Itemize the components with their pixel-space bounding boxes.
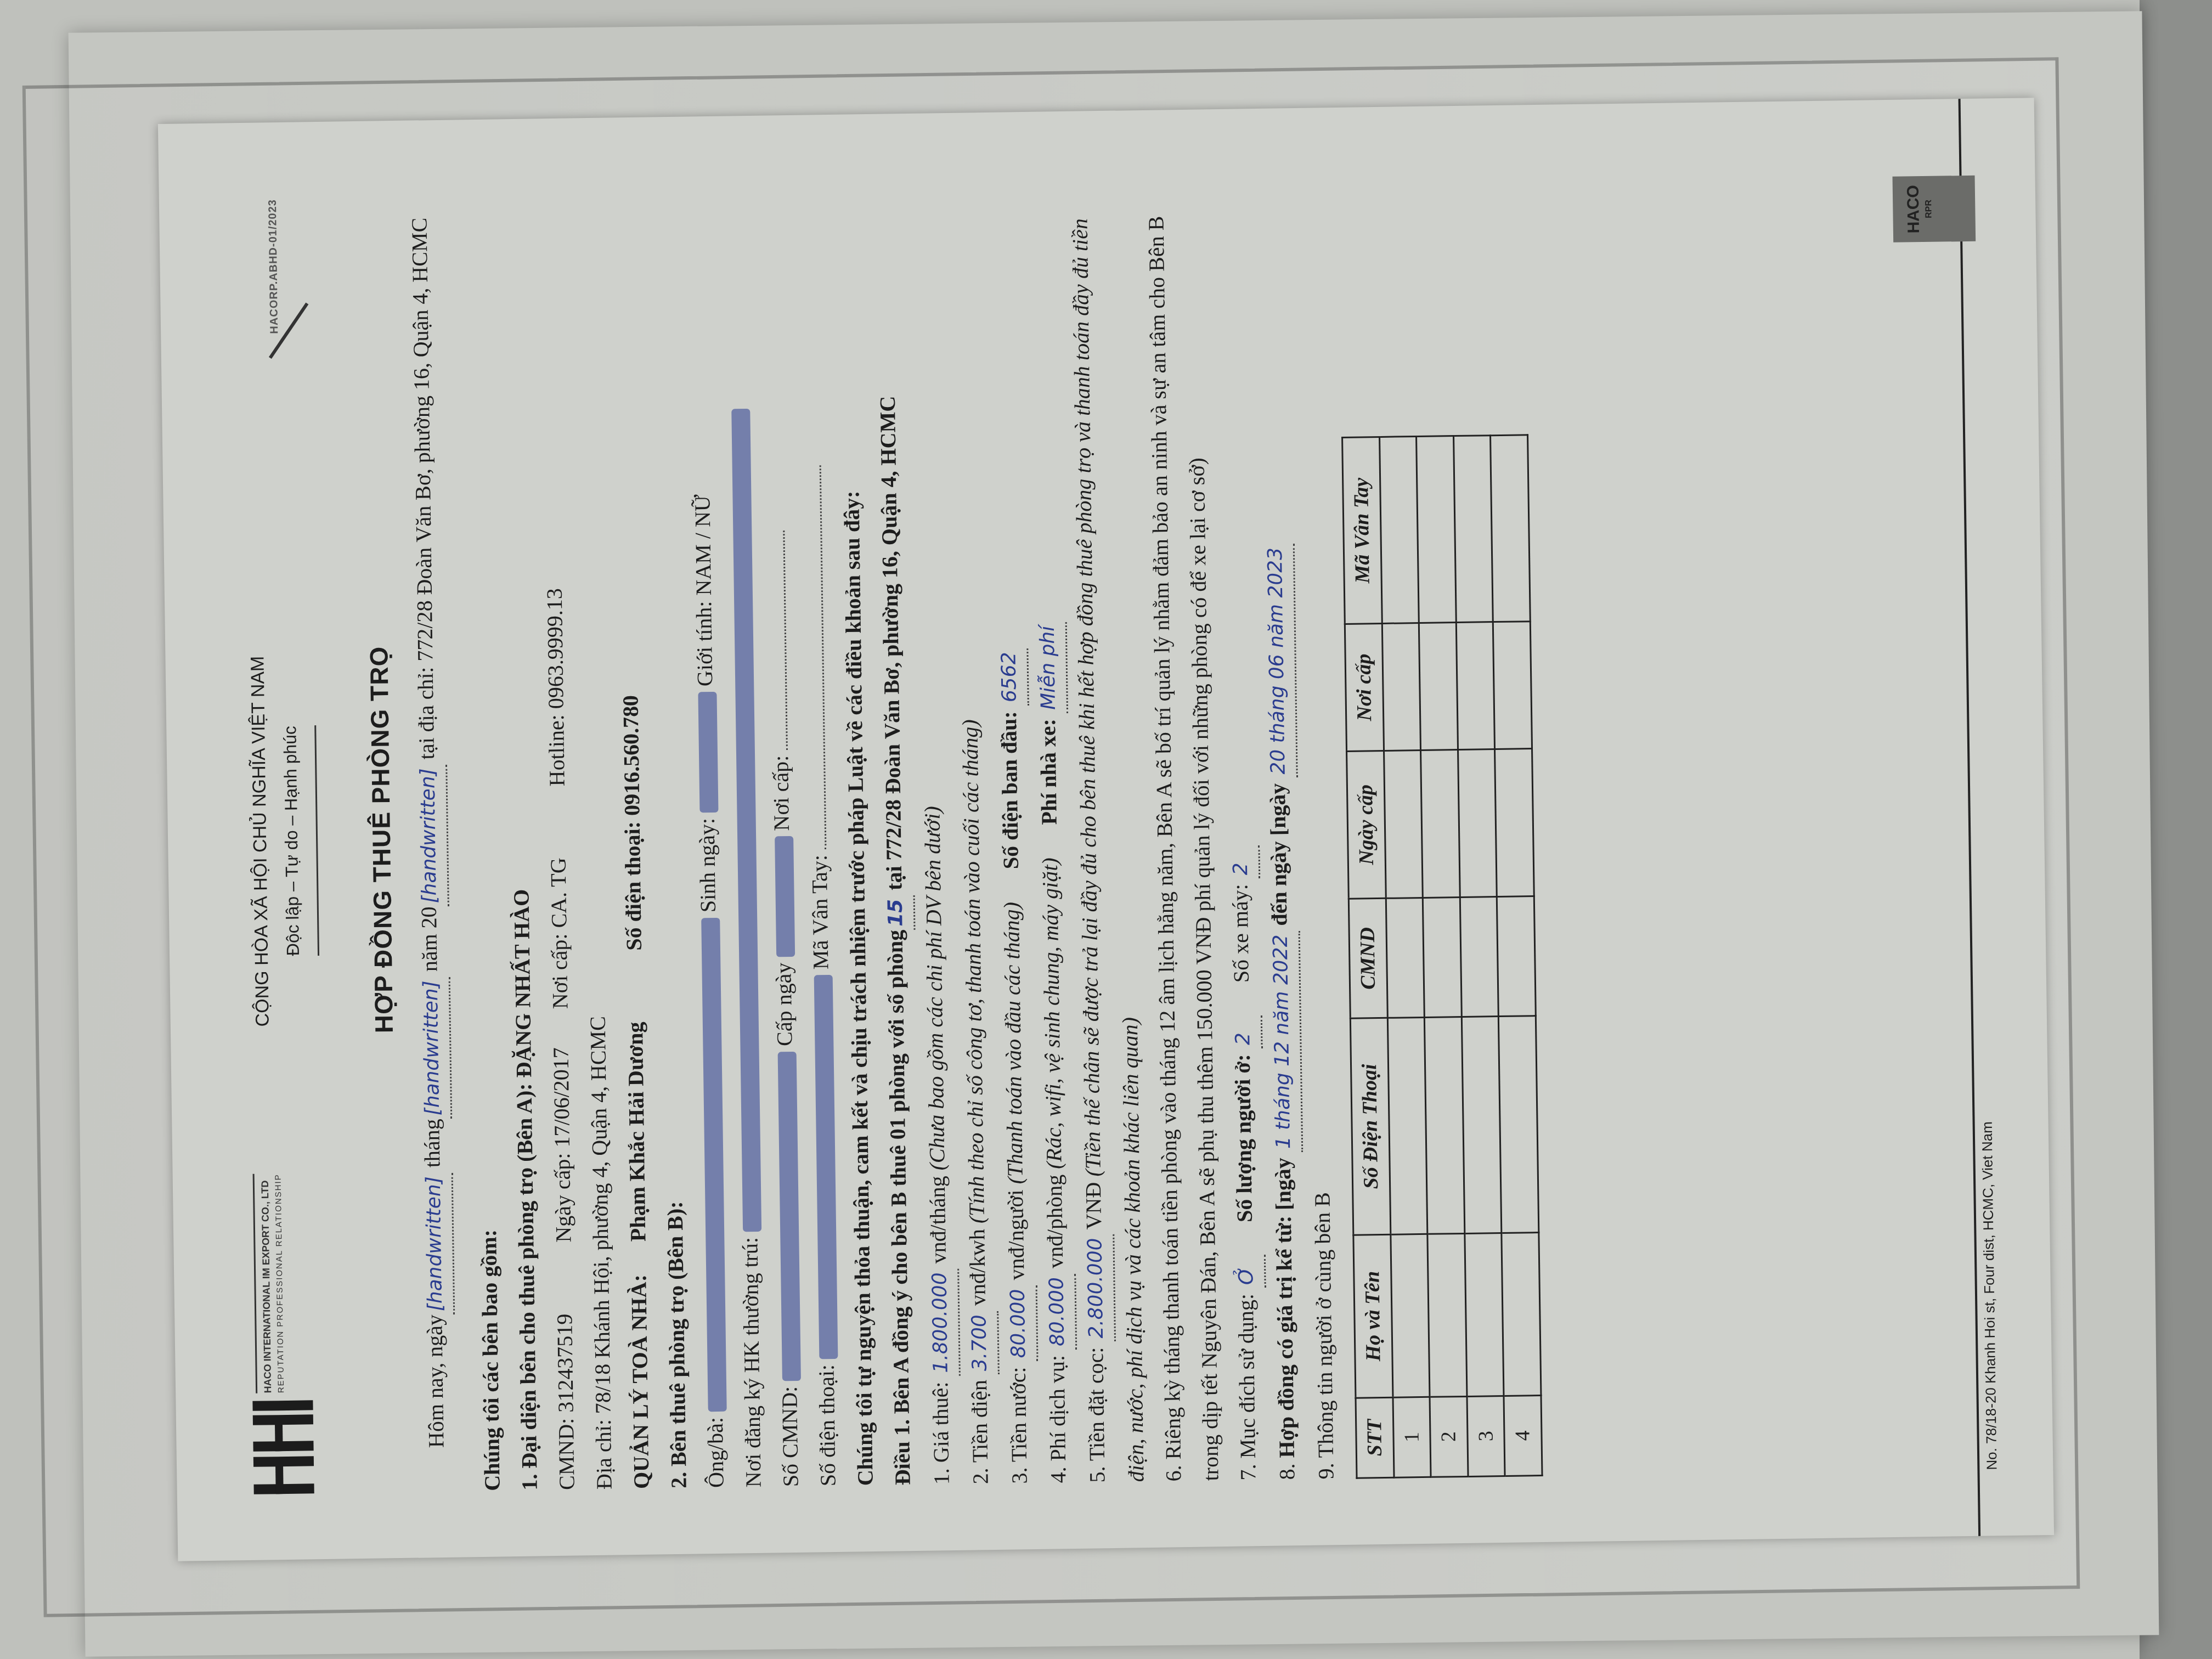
clause-field: Miễn phí xyxy=(1028,622,1068,713)
clause-number: 5. xyxy=(1085,1461,1110,1483)
table-cell xyxy=(1495,749,1534,897)
handwritten-value: Miễn phí xyxy=(1036,623,1060,714)
table-cell xyxy=(1390,1234,1430,1397)
table-cell xyxy=(1386,898,1425,1018)
table-cell xyxy=(1493,622,1532,749)
redacted-field xyxy=(731,409,761,1232)
handwritten-value: 2 xyxy=(1229,859,1252,878)
table-cell xyxy=(1458,749,1497,898)
clause-number: 1. xyxy=(929,1463,954,1485)
table-header: Nơi cấp xyxy=(1345,624,1384,752)
clause-extra-label: Số điện ban đầu: xyxy=(996,706,1023,870)
table-cell: 3 xyxy=(1467,1396,1505,1476)
table-cell xyxy=(1502,1233,1541,1396)
handwritten-end-date: 20 tháng 06 năm 2023 xyxy=(1264,544,1290,778)
clause-label: Tiền đặt cọc: xyxy=(1083,1341,1109,1461)
redacted-field xyxy=(777,1052,800,1381)
table-cell xyxy=(1417,436,1456,623)
table-header: Họ và Tên xyxy=(1353,1234,1393,1398)
table-cell: 2 xyxy=(1430,1396,1468,1477)
clause-unit: vnđ/phòng xyxy=(1042,1169,1068,1274)
clause-label: Phí dịch vụ: xyxy=(1044,1350,1070,1462)
clause-note: (Rác, wifi, vệ sinh chung, máy giặt) xyxy=(1037,857,1066,1169)
clause-label: Hợp đồng có giá trị kể từ: [ngày xyxy=(1270,1152,1299,1458)
handwritten-value: 80.000 xyxy=(1007,1285,1030,1362)
table-cell xyxy=(1453,436,1493,623)
clause-field: 20 tháng 06 năm 2023 xyxy=(1256,544,1298,778)
contract-page: HACORP.ABHD-01/2023 HACO INTERNATIONAL I… xyxy=(158,98,2054,1561)
clause-label: Tiền điện xyxy=(967,1374,992,1463)
clause-label: Mục đích sử dụng: xyxy=(1233,1288,1260,1459)
table-cell: 4 xyxy=(1504,1395,1542,1476)
clause-field: 80.000 xyxy=(1037,1274,1077,1350)
clauses-list: 1. Giá thuê: 1.800.000 vnđ/tháng (Chưa b… xyxy=(905,173,1345,1485)
clause-unit: vnđ/tháng xyxy=(925,1170,951,1269)
table-header: Số Điện Thoại xyxy=(1350,1018,1390,1235)
clause-number: 6. xyxy=(1161,1459,1186,1482)
table-cell xyxy=(1379,437,1419,624)
table-header: CMND xyxy=(1348,898,1387,1018)
table-cell xyxy=(1384,751,1423,899)
table-cell xyxy=(1465,1233,1504,1397)
clause-number: 2. xyxy=(968,1463,993,1485)
clause-text: Riêng kỳ tháng thanh toán tiền phòng vào… xyxy=(1143,216,1223,1481)
spacer xyxy=(1252,1222,1252,1255)
clause-label: đến ngày [ngày xyxy=(1265,777,1292,932)
table-cell xyxy=(1387,1018,1427,1235)
company-stamp: HACO RPR xyxy=(1893,176,1976,242)
clause-field: 6562 xyxy=(989,648,1029,706)
handwritten-value: Ở xyxy=(1235,1263,1258,1288)
clause-number: 4. xyxy=(1046,1461,1071,1483)
table-cell xyxy=(1427,1233,1467,1397)
occupants-table: STTHọ và TênSố Điện ThoạiCMNDNgày cấpNơi… xyxy=(1341,434,1543,1479)
clause-unit: vnđ/kwh xyxy=(964,1223,990,1312)
handwritten-value: 3.700 xyxy=(968,1311,991,1375)
clause-field: Ở xyxy=(1227,1255,1266,1288)
clause-extra-label: Phí nhà xe: xyxy=(1035,713,1062,825)
footer-address: No. 78/18-20 Khanh Hoi st, Four dist, HC… xyxy=(1974,1121,2004,1470)
redacted-field xyxy=(814,975,838,1359)
clause-extra-label: Số lượng người ở: xyxy=(1230,1048,1257,1222)
redacted-field xyxy=(701,918,727,1412)
handwritten-day: [handwritten] xyxy=(422,1173,447,1315)
room-number: 15 xyxy=(884,896,907,930)
table-cell xyxy=(1456,622,1495,750)
table-cell xyxy=(1499,1016,1539,1233)
redacted-field xyxy=(775,836,795,957)
table-cell xyxy=(1419,623,1458,751)
spacer xyxy=(1249,983,1249,1015)
handwritten-value: 6562 xyxy=(997,648,1020,706)
table-cell xyxy=(1462,1017,1502,1234)
clause-number: 8. xyxy=(1274,1458,1300,1480)
clause-label: Tiền nước: xyxy=(1006,1361,1032,1462)
spacer xyxy=(1018,869,1019,902)
clause-number: 9. xyxy=(1313,1458,1339,1480)
table-header: Ngày cấp xyxy=(1347,751,1386,899)
clause-field: 1.800.000 xyxy=(920,1269,961,1376)
clause-field: 2 xyxy=(1223,1015,1263,1049)
table-cell xyxy=(1382,623,1421,751)
clause-note: (Tính theo chỉ số công tơ, thanh toán và… xyxy=(957,719,989,1224)
spacer xyxy=(1057,825,1057,857)
handwritten-value: 2.800.000 xyxy=(1084,1234,1108,1342)
clause-note: (Thanh toán vào đầu các tháng) xyxy=(999,902,1028,1184)
redacted-field xyxy=(698,692,718,812)
table-cell xyxy=(1497,896,1536,1017)
handwritten-value: 2 xyxy=(1232,1029,1254,1048)
table-cell xyxy=(1460,897,1499,1017)
clause-field: 2.800.000 xyxy=(1075,1234,1116,1342)
clause-note: (Chưa bao gồm các chi phí DV bên dưới) xyxy=(919,806,949,1171)
clause-number: 3. xyxy=(1007,1462,1032,1484)
table-cell xyxy=(1425,1017,1465,1234)
clause-field: 3.700 xyxy=(960,1311,1000,1375)
clause-field: 80.000 xyxy=(998,1285,1039,1362)
clause-unit: VNĐ xyxy=(1081,1176,1106,1235)
handwritten-value: 1.800.000 xyxy=(928,1269,952,1376)
handwritten-value: 80.000 xyxy=(1045,1274,1069,1350)
clause-field: 1 tháng 12 năm 2022 xyxy=(1261,931,1304,1153)
clause-label: Thông tin người ở cùng bên B xyxy=(1310,1192,1338,1458)
clause-number: 7. xyxy=(1235,1458,1261,1481)
table-cell xyxy=(1423,897,1462,1017)
table-cell: 1 xyxy=(1393,1397,1431,1477)
divider xyxy=(314,725,319,956)
table-cell xyxy=(1421,750,1460,898)
table-header: Mã Vân Tay xyxy=(1342,437,1382,624)
handwritten-start-date: 1 tháng 12 năm 2022 xyxy=(1269,931,1295,1152)
clause-label: Giá thuê: xyxy=(928,1376,953,1463)
table-cell xyxy=(1491,435,1530,622)
clause-unit: vnđ/người xyxy=(1003,1184,1029,1286)
table-header: STT xyxy=(1356,1397,1394,1478)
clause-field: 2 xyxy=(1221,845,1260,879)
clause-extra-label: Số xe máy: xyxy=(1227,878,1254,983)
